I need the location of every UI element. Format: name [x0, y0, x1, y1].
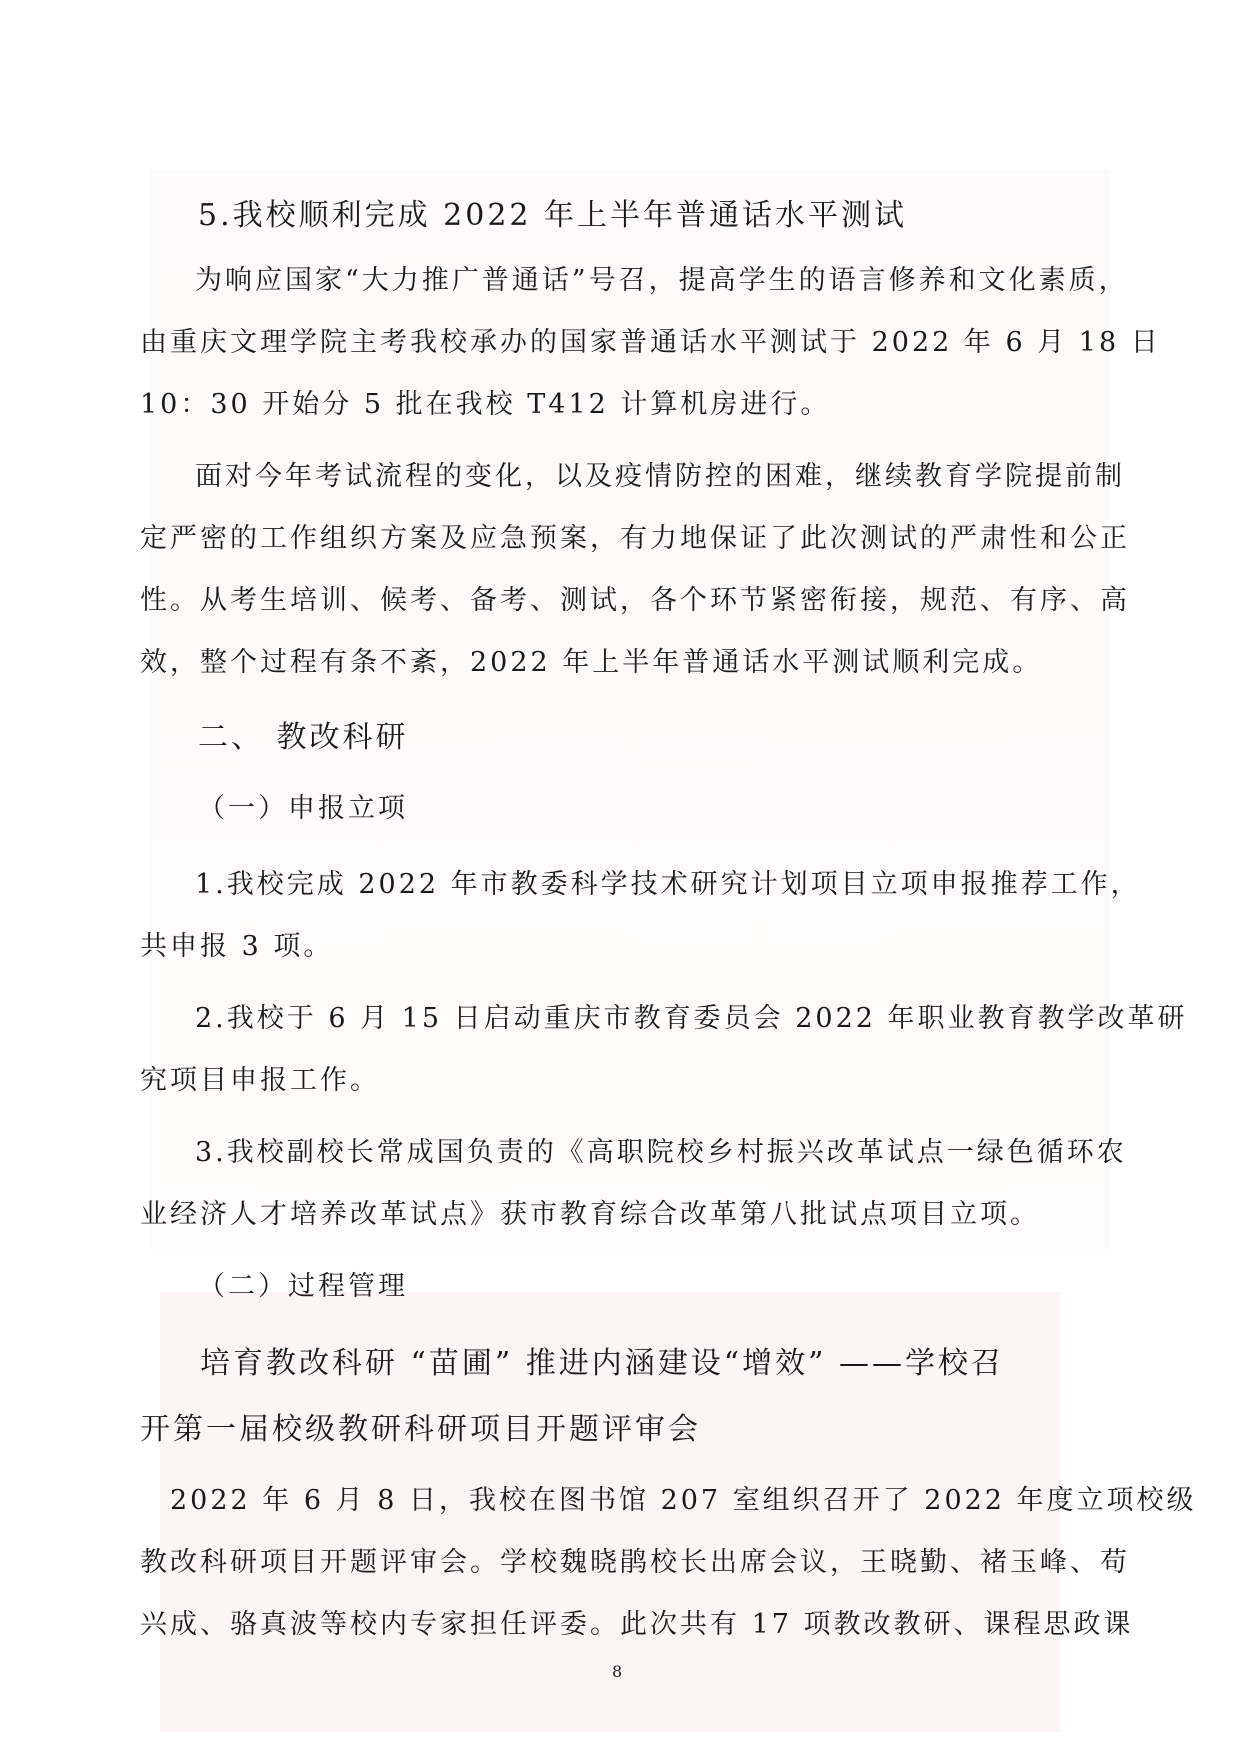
- list-item-1-cont: 共申报 3 项。: [140, 924, 333, 963]
- list-item-3: 3.我校副校长常成国负责的《高职院校乡村振兴改革试点一绿色循环农: [195, 1130, 1127, 1169]
- paragraph-line: 10：30 开始分 5 批在我校 T412 计算机房进行。: [140, 382, 830, 421]
- paragraph-line: 为响应国家“大力推广普通话”号召，提高学生的语言修养和文化素质，: [195, 258, 1129, 297]
- paragraph-line: 由重庆文理学院主考我校承办的国家普通话水平测试于 2022 年 6 月 18 日: [140, 320, 1161, 359]
- chapter-2-title: 二、 教改科研: [198, 712, 409, 756]
- subsection-1-title: （一）申报立项: [198, 786, 408, 825]
- subsection-2-title: （二）过程管理: [198, 1264, 408, 1303]
- list-item-1: 1.我校完成 2022 年市教委科学技术研究计划项目立项申报推荐工作，: [195, 862, 1141, 901]
- section-5-title: 5.我校顺利完成 2022 年上半年普通话水平测试: [198, 190, 907, 234]
- paragraph-line: 性。从考生培训、候考、备考、测试，各个环节紧密衔接，规范、有序、高: [140, 578, 1130, 617]
- page-number: 8: [612, 1662, 622, 1681]
- list-item-3-cont: 业经济人才培养改革试点》获市教育综合改革第八批试点项目立项。: [140, 1192, 1040, 1231]
- paragraph-line: 面对今年考试流程的变化，以及疫情防控的困难，继续教育学院提前制: [195, 454, 1125, 493]
- news-title-cont: 开第一届校级教研科研项目开题评审会: [140, 1404, 701, 1448]
- paragraph-line: 教改科研项目开题评审会。学校魏晓鹃校长出席会议，王晓勤、褚玉峰、苟: [140, 1540, 1130, 1579]
- paragraph-line: 兴成、骆真波等校内专家担任评委。此次共有 17 项教改教研、课程思政课: [140, 1602, 1134, 1641]
- paragraph-line: 定严密的工作组织方案及应急预案，有力地保证了此次测试的严肃性和公正: [140, 516, 1130, 555]
- list-item-2: 2.我校于 6 月 15 日启动重庆市教育委员会 2022 年职业教育教学改革研: [195, 996, 1188, 1035]
- paragraph-line: 2022 年 6 月 8 日，我校在图书馆 207 室组织召开了 2022 年度…: [170, 1478, 1197, 1517]
- news-title: 培育教改科研 “苗圃” 推进内涵建设“增效” ——学校召: [200, 1338, 1004, 1382]
- paragraph-line: 效，整个过程有条不紊，2022 年上半年普通话水平测试顺利完成。: [140, 640, 1042, 679]
- list-item-2-cont: 究项目申报工作。: [140, 1058, 380, 1097]
